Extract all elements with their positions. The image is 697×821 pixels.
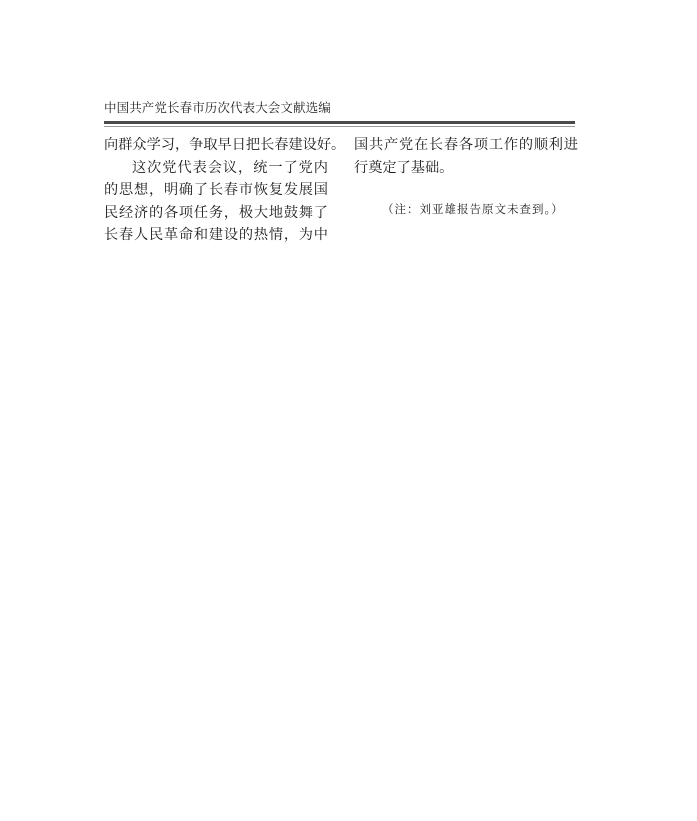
paragraph-line: 的思想，明确了长春市恢复发展国 [104, 179, 328, 202]
paragraph-line: 民经济的各项任务，极大地鼓舞了 [104, 202, 328, 225]
running-header-title: 中国共产党长春市历次代表大会文献选编 [104, 98, 331, 116]
header-rule-thin [104, 126, 575, 127]
paragraph-line: 这次党代表会议，统一了党内 [104, 157, 328, 180]
left-text-column: 向群众学习，争取早日把长春建设好。 这次党代表会议，统一了党内 的思想，明确了长… [104, 134, 328, 247]
editor-note: （注：刘亚雄报告原文未查到。） [382, 201, 564, 217]
header-rule-thick [104, 121, 575, 124]
right-text-column: 国共产党在长春各项工作的顺利进 行奠定了基础。 [354, 134, 578, 179]
paragraph-line: 向群众学习，争取早日把长春建设好。 [104, 134, 328, 157]
paragraph-line: 长春人民革命和建设的热情，为中 [104, 224, 328, 247]
paragraph-line: 行奠定了基础。 [354, 157, 578, 180]
paragraph-line: 国共产党在长春各项工作的顺利进 [354, 134, 578, 157]
